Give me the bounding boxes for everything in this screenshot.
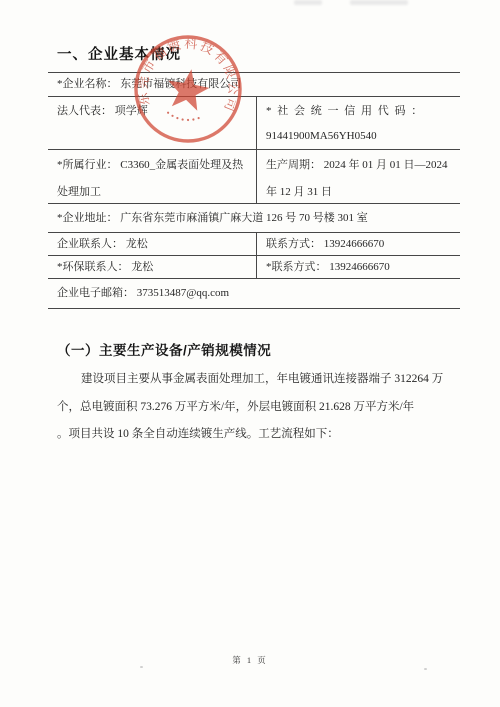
paragraph-line: 个，总电镀面积 73.276 万平方米/年，外层电镀面积 21.628 万平方米… xyxy=(57,394,463,422)
page-number: 第 1 页 xyxy=(0,654,500,666)
paragraph-line: 建设项目主要从事金属表面处理加工，年电镀通讯连接器端子 312264 万 xyxy=(57,366,463,394)
document-page: 一、企业基本情况 *企业名称： 东莞市福镀科技有限公司 法人代表： 项学辉 * … xyxy=(0,0,500,707)
scan-artifact xyxy=(424,668,427,670)
credit-code-label: * 社 会 统 一 信 用 代 码 ： xyxy=(266,99,460,124)
cell-production-period: 生产周期： 2024 年 01 月 01 日—2024 年 12 月 31 日 xyxy=(256,150,460,203)
industry-line-1: *所属行业： C3360_金属表面处理及热 xyxy=(57,152,256,179)
cell-legal-representative: 法人代表： 项学辉 xyxy=(48,97,256,149)
legal-representative-text: 法人代表： 项学辉 xyxy=(57,99,256,124)
cell-env-contact: *环保联系人： 龙松 xyxy=(48,256,256,278)
industry-line-2: 处理加工 xyxy=(57,179,256,204)
project-description: 建设项目主要从事金属表面处理加工，年电镀通讯连接器端子 312264 万 个，总… xyxy=(57,366,463,449)
table-row-address: *企业地址： 广东省东莞市麻涌镇广麻大道 126 号 70 号楼 301 室 xyxy=(48,204,460,233)
cell-industry: *所属行业： C3360_金属表面处理及热 处理加工 xyxy=(48,150,256,203)
production-period-line-1: 生产周期： 2024 年 01 月 01 日—2024 xyxy=(266,152,460,179)
cell-company-contact: 企业联系人： 龙松 xyxy=(48,233,256,255)
env-contact-phone-text: *联系方式： 13924666670 xyxy=(266,256,460,278)
paragraph-line: 。项目共设 10 条全自动连续镀生产线。工艺流程如下： xyxy=(57,421,463,449)
credit-code-value: 91441900MA56YH0540 xyxy=(266,124,460,149)
table-row-legal-rep-credit-code: 法人代表： 项学辉 * 社 会 统 一 信 用 代 码 ： 91441900MA… xyxy=(48,97,460,150)
cell-credit-code: * 社 会 统 一 信 用 代 码 ： 91441900MA56YH0540 xyxy=(256,97,460,149)
table-row-contact: 企业联系人： 龙松 联系方式： 13924666670 xyxy=(48,233,460,256)
cell-company-email: 企业电子邮箱： 373513487@qq.com xyxy=(48,279,460,308)
section-heading: （一）主要生产设备/产销规模情况 xyxy=(57,341,477,360)
env-contact-text: *环保联系人： 龙松 xyxy=(57,256,256,278)
cell-company-address: *企业地址： 广东省东莞市麻涌镇广麻大道 126 号 70 号楼 301 室 xyxy=(48,204,460,232)
scan-artifact xyxy=(140,666,143,668)
company-info-table: *企业名称： 东莞市福镀科技有限公司 法人代表： 项学辉 * 社 会 统 一 信… xyxy=(48,72,460,309)
cell-contact-phone: 联系方式： 13924666670 xyxy=(256,233,460,255)
production-period-line-2: 年 12 月 31 日 xyxy=(266,179,460,204)
table-row-email: 企业电子邮箱： 373513487@qq.com xyxy=(48,279,460,309)
contact-phone-text: 联系方式： 13924666670 xyxy=(266,233,460,255)
scan-artifact xyxy=(350,0,408,5)
table-row-industry-period: *所属行业： C3360_金属表面处理及热 处理加工 生产周期： 2024 年 … xyxy=(48,150,460,204)
cell-company-name: *企业名称： 东莞市福镀科技有限公司 xyxy=(48,73,460,96)
page-title: 一、企业基本情况 xyxy=(57,46,457,65)
table-row-company-name: *企业名称： 东莞市福镀科技有限公司 xyxy=(48,73,460,97)
table-row-env-contact: *环保联系人： 龙松 *联系方式： 13924666670 xyxy=(48,256,460,279)
cell-env-contact-phone: *联系方式： 13924666670 xyxy=(256,256,460,278)
company-contact-text: 企业联系人： 龙松 xyxy=(57,233,256,255)
scan-artifact xyxy=(294,0,322,5)
